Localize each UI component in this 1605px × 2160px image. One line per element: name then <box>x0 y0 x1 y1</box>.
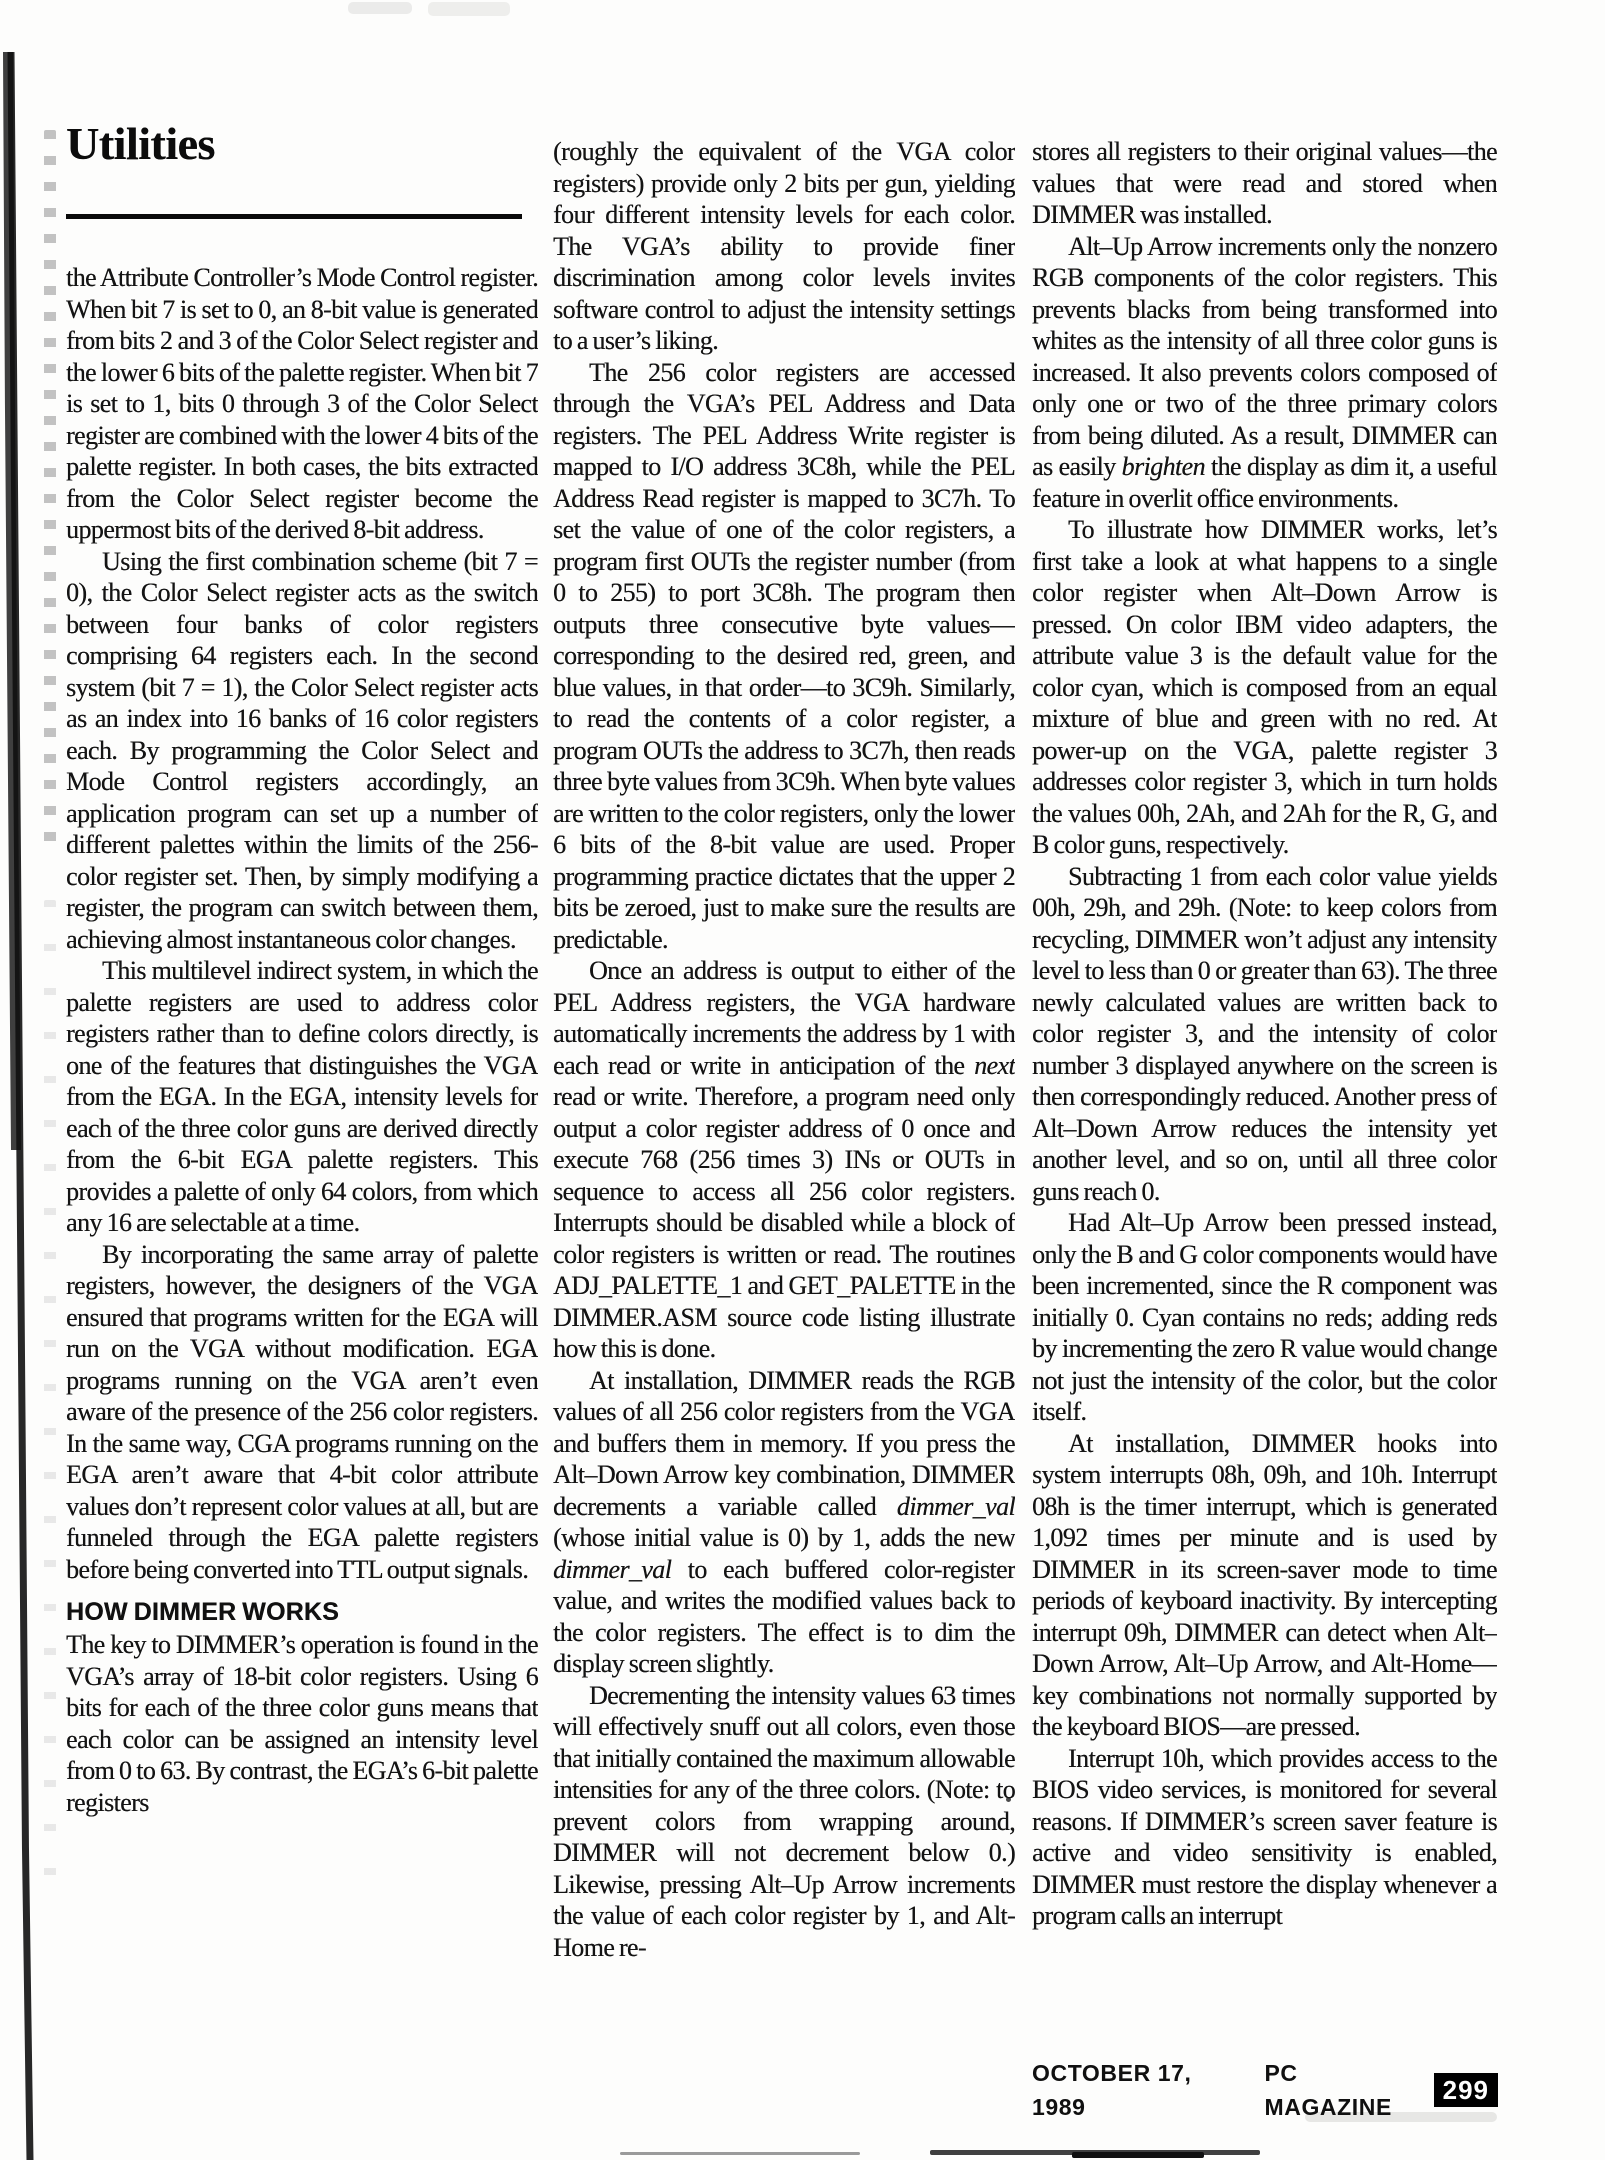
paragraph: Had Alt–Up Arrow been pressed instead, o… <box>1032 1207 1497 1428</box>
italic-text: next <box>974 1051 1015 1080</box>
column-2: (roughly the equivalent of the VGA color… <box>553 136 1015 2060</box>
paragraph: the Attribute Controller’s Mode Control … <box>66 262 538 546</box>
text-segment: The 256 color registers are accessed thr… <box>553 358 1015 954</box>
scan-smudge <box>428 2 510 16</box>
text-segment: By incorporating the same array of palet… <box>66 1240 538 1584</box>
footer-magazine: PC MAGAZINE <box>1264 2056 1415 2124</box>
text-segment: (whose initial value is 0) by 1, adds th… <box>553 1523 1015 1552</box>
paragraph: By incorporating the same array of palet… <box>66 1239 538 1586</box>
magazine-page: { "page": { "section_title": "Utilities"… <box>0 0 1605 2160</box>
text-segment: Alt–Up Arrow increments only the nonzero… <box>1032 232 1497 482</box>
text-segment: Subtracting 1 from each color value yiel… <box>1032 862 1497 1206</box>
text-segment: Once an address is output to either of t… <box>553 956 1015 1080</box>
text-segment: Had Alt–Up Arrow been pressed instead, o… <box>1032 1208 1497 1426</box>
paragraph: This multilevel indirect system, in whic… <box>66 955 538 1239</box>
text-segment: To illustrate how DIMMER works, let’s fi… <box>1032 515 1497 859</box>
paragraph: (roughly the equivalent of the VGA color… <box>553 136 1015 357</box>
column-2-text: (roughly the equivalent of the VGA color… <box>553 136 1015 1963</box>
page-number-badge: 299 <box>1434 2073 1498 2107</box>
paragraph: At installation, DIMMER reads the RGB va… <box>553 1365 1015 1680</box>
italic-text: brighten <box>1122 452 1205 481</box>
text-segment: (roughly the equivalent of the VGA color… <box>553 137 1015 355</box>
paragraph: Once an address is output to either of t… <box>553 955 1015 1365</box>
column-3-text: stores all registers to their original v… <box>1032 136 1497 1932</box>
paragraph: Subtracting 1 from each color value yiel… <box>1032 861 1497 1208</box>
paragraph: To illustrate how DIMMER works, let’s fi… <box>1032 514 1497 861</box>
paragraph: The 256 color registers are accessed thr… <box>553 357 1015 956</box>
text-segment: read or write. Therefore, a program need… <box>553 1082 1015 1363</box>
paragraph: Alt–Up Arrow increments only the nonzero… <box>1032 231 1497 515</box>
paragraph: Decrementing the intensity values 63 tim… <box>553 1680 1015 1964</box>
text-segment: This multilevel indirect system, in whic… <box>66 956 538 1237</box>
scan-gutter-shadow <box>0 0 70 2160</box>
scan-smudge <box>348 2 412 14</box>
italic-text: dimmer_val <box>553 1555 671 1584</box>
text-segment: Decrementing the intensity values 63 tim… <box>553 1681 1015 1962</box>
text-segment: Using the first combination scheme (bit … <box>66 547 538 954</box>
scan-edge-marks-faint <box>44 900 56 1900</box>
text-segment: At installation, DIMMER hooks into syste… <box>1032 1429 1497 1742</box>
paragraph: The key to DIMMER’s operation is found i… <box>66 1629 538 1818</box>
scan-edge-marks <box>44 130 56 850</box>
footer: OCTOBER 17, 1989 PC MAGAZINE 299 <box>1032 2056 1498 2124</box>
footer-date: OCTOBER 17, 1989 <box>1032 2056 1230 2124</box>
paragraph: stores all registers to their original v… <box>1032 136 1497 231</box>
text-segment: the Attribute Controller’s Mode Control … <box>66 263 538 544</box>
page-title: Utilities <box>66 118 538 170</box>
column-3: stores all registers to their original v… <box>1032 136 1497 2060</box>
paragraph: Interrupt 10h, which provides access to … <box>1032 1743 1497 1932</box>
section-heading: HOW DIMMER WORKS <box>66 1597 538 1627</box>
title-rule <box>66 214 522 219</box>
text-segment: The key to DIMMER’s operation is found i… <box>66 1630 538 1817</box>
paragraph: Using the first combination scheme (bit … <box>66 546 538 956</box>
column-1: Utilities the Attribute Controller’s Mod… <box>66 118 538 2060</box>
scan-streak <box>1072 2152 1204 2158</box>
scan-streak <box>620 2152 860 2155</box>
paragraph: At installation, DIMMER hooks into syste… <box>1032 1428 1497 1743</box>
text-segment: Interrupt 10h, which provides access to … <box>1032 1744 1497 1931</box>
column-1-text: the Attribute Controller’s Mode Control … <box>66 262 538 1818</box>
italic-text: dimmer_val <box>897 1492 1015 1521</box>
text-segment: stores all registers to their original v… <box>1032 137 1497 229</box>
